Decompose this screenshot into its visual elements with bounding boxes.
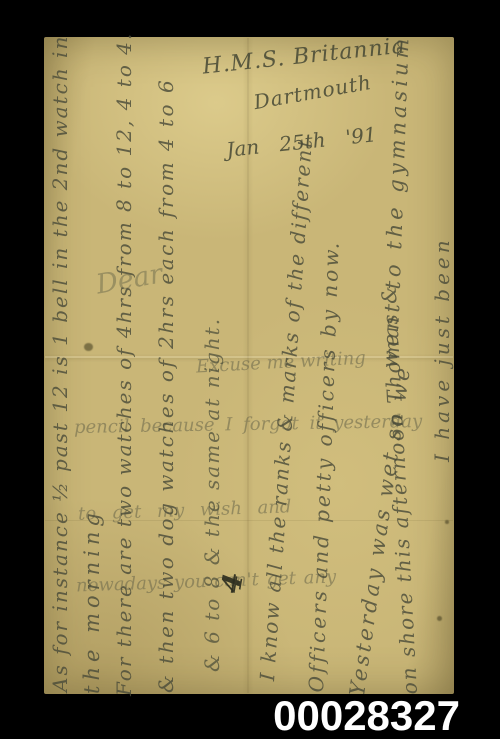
- cross-line: & 6 to 8 & the same at night.: [200, 317, 224, 672]
- cross-line: I have just been: [430, 236, 454, 462]
- ink-blot: [437, 616, 442, 621]
- ink-blot: [84, 343, 93, 351]
- object-id-number: 00028327: [273, 695, 460, 737]
- cross-line: the morning: [80, 508, 104, 694]
- ink-blot: [445, 520, 449, 524]
- cross-line: As for instance ½ past 12 is 1 bell in t…: [48, 35, 72, 692]
- archival-photograph: H.M.S. Britannia Dartmouth Jan 25th '91 …: [0, 0, 500, 739]
- cross-line: & then two dog watches of 2hrs each from…: [154, 78, 178, 693]
- cross-line: For there are two watches of 4hrs from 8…: [112, 32, 136, 696]
